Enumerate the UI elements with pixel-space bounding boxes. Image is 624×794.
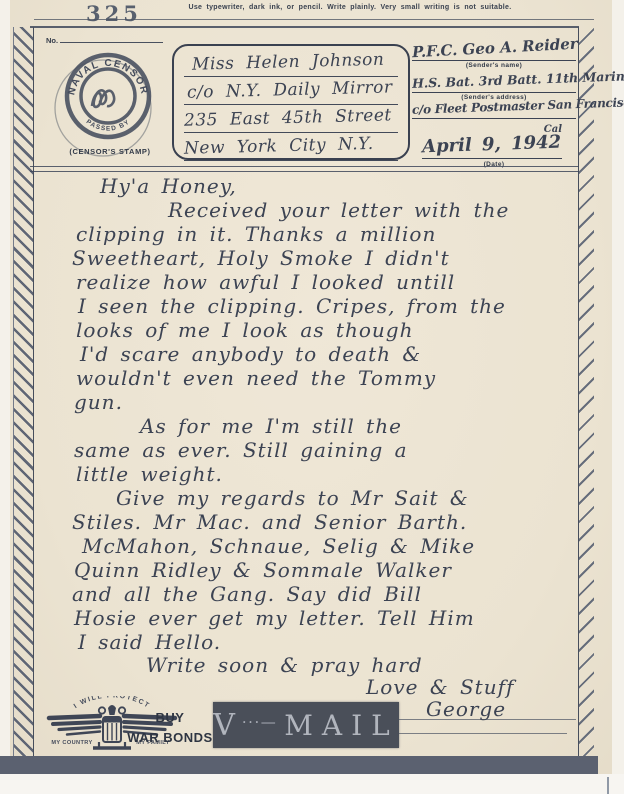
- letter-line: clipping in it. Thanks a million: [76, 222, 574, 246]
- letter-line: Quinn Ridley & Sommale Walker: [74, 558, 574, 582]
- letter-line: Received your letter with the: [168, 198, 574, 222]
- header-rule-top: [34, 19, 594, 20]
- address-line-text: New York City N.Y.: [184, 130, 399, 162]
- stamp-bottom-text: PASSED BY: [85, 118, 132, 132]
- emblem-left-text: MY COUNTRY: [51, 740, 92, 746]
- footer-rule-line: [399, 733, 567, 734]
- letter-line: I seen the clipping. Cripes, from the: [78, 294, 574, 318]
- letter-line: I'd scare anybody to death &: [80, 342, 574, 366]
- letter-line: looks of me I look as though: [76, 318, 574, 342]
- hatched-border-left: [13, 27, 34, 757]
- letter-line: As for me I'm still the: [140, 414, 574, 438]
- letter-line: Hy'a Honey,: [100, 174, 574, 198]
- svg-text:PASSED BY: PASSED BY: [85, 118, 132, 132]
- letter-line: Write soon & pray hard: [146, 654, 574, 676]
- letter-signature: George: [426, 698, 574, 720]
- censor-stamp-caption: (CENSOR'S STAMP): [40, 147, 180, 156]
- instruction-text: Use typewriter, dark ink, or pencil. Wri…: [140, 4, 560, 11]
- sender-name-text: P.F.C. Geo A. Reider: [412, 34, 577, 63]
- page-number-stamp: 325: [86, 1, 142, 26]
- sender-unit-line: H.S. Bat. 3rd Batt. 11th Marines: [412, 70, 576, 93]
- address-line: 235 East 45th Street: [184, 105, 398, 133]
- letter-line: wouldn't even need the Tommy: [76, 366, 574, 390]
- letter-line: little weight.: [76, 462, 574, 486]
- sender-route-text: c/o Fleet Postmaster San Francisco: [412, 95, 577, 120]
- scan-edge-right: [612, 0, 624, 794]
- header-body-divider: [30, 166, 579, 167]
- letter-line: Stiles. Mr Mac. and Senior Barth.: [72, 510, 574, 534]
- hatched-border-right: [578, 27, 594, 756]
- letter-line: Sweetheart, Holy Smoke I didn't: [72, 246, 574, 270]
- censor-initials-signature: [92, 90, 114, 107]
- letter-body: Hy'a Honey, Received your letter with th…: [66, 174, 574, 720]
- sender-date-text: April 9, 1942: [422, 130, 562, 160]
- letter-line: gun.: [74, 390, 574, 414]
- address-line-text: Miss Helen Johnson: [192, 46, 399, 77]
- letter-signoff: Love & Stuff: [366, 676, 574, 698]
- address-line-text: 235 East 45th Street: [184, 102, 399, 134]
- letter-line: realize how awful I looked untill: [76, 270, 574, 294]
- letter-line: I said Hello.: [78, 630, 574, 654]
- recipient-address-box: Miss Helen Johnson c/o N.Y. Daily Mirror…: [172, 44, 410, 160]
- scan-shadow-bar: [0, 756, 598, 774]
- vmail-letter-sheet: 325 Use typewriter, dark ink, or pencil.…: [0, 0, 624, 794]
- scan-edge-left: [0, 0, 10, 794]
- address-line: Miss Helen Johnson: [184, 49, 398, 77]
- page-edge-line: [607, 777, 609, 794]
- sender-name-line: P.F.C. Geo A. Reider: [412, 38, 576, 61]
- address-line: c/o N.Y. Daily Mirror: [184, 77, 398, 105]
- sender-route-line: c/o Fleet Postmaster San Francisco: [412, 98, 576, 119]
- war-bonds-line: WAR BONDS: [122, 728, 218, 748]
- letter-line: Hosie ever get my letter. Tell Him: [74, 606, 574, 630]
- sender-date-line: April 9, 1942: [422, 132, 562, 159]
- address-line: New York City N.Y.: [184, 133, 398, 161]
- letter-line: McMahon, Schnaue, Selig & Mike: [82, 534, 574, 558]
- address-line-text: c/o N.Y. Daily Mirror: [187, 74, 399, 106]
- letter-line: same as ever. Still gaining a: [74, 438, 574, 462]
- naval-censor-stamp-icon: NAVAL CENSOR PASSED BY: [48, 38, 174, 160]
- scan-bottom-strip: [0, 774, 624, 794]
- sender-unit-text: H.S. Bat. 3rd Batt. 11th Marines: [412, 67, 577, 94]
- letter-line: and all the Gang. Say did Bill: [72, 582, 574, 606]
- form-border-top: [30, 26, 579, 28]
- letter-line: Give my regards to Mr Sait &: [116, 486, 574, 510]
- header-body-divider: [30, 171, 579, 172]
